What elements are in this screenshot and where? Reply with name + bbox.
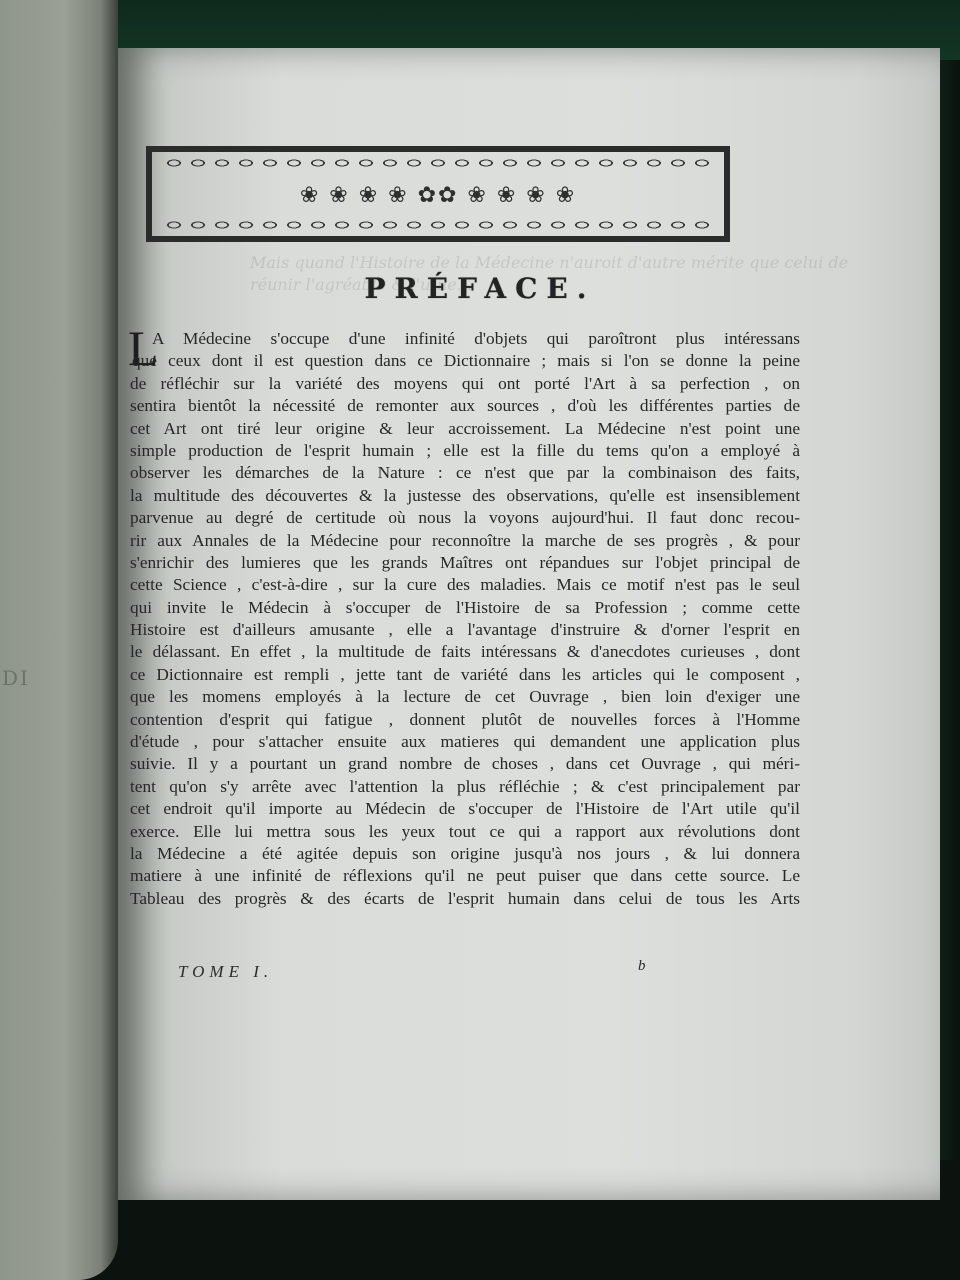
left-page-ghost-text: DI (2, 666, 42, 690)
text-line: que ceux dont il est question dans ce Di… (130, 350, 800, 372)
volume-label: TOME I. (178, 962, 273, 982)
signature-mark: b (638, 958, 646, 975)
text-line: rir aux Annales de la Médecine pour reco… (130, 530, 800, 552)
text-line: de réfléchir sur la variété des moyens q… (130, 373, 800, 395)
text-line: matiere à une infinité de réflexions qu'… (130, 865, 800, 887)
text-line: parvenue au degré de certitude où nous l… (130, 507, 800, 529)
text-line: cet Art ont tiré leur origine & leur acc… (130, 418, 800, 440)
text-line: la Médecine a été agitée depuis son orig… (130, 843, 800, 865)
text-line: que les momens employés à la lecture de … (130, 686, 800, 708)
text-line: exerce. Elle lui mettra sous les yeux to… (130, 821, 800, 843)
text-line: contention d'esprit qui fatigue , donnen… (130, 709, 800, 731)
text-line: simple production de l'esprit humain ; e… (130, 440, 800, 462)
text-line: tent qu'on s'y arrête avec l'attention l… (130, 776, 800, 798)
text-line: qui invite le Médecin à s'occuper de l'H… (130, 597, 800, 619)
text-line: la multitude des découvertes & la justes… (130, 485, 800, 507)
text-line: observer les démarches de la Nature : ce… (130, 462, 800, 484)
text-line: d'étude , pour s'attacher ensuite aux ma… (130, 731, 800, 753)
body-text: A Médecine s'occupe d'une infinité d'obj… (130, 328, 800, 910)
ornament-chain-bottom (162, 218, 714, 232)
text-line: le délassant. En effet , la multitude de… (130, 641, 800, 663)
text-line: cette Science , c'est-à-dire , sur la cu… (130, 574, 800, 596)
text-line: Tableau des progrès & des écarts de l'es… (130, 888, 800, 910)
ornament-chain-top (162, 156, 714, 170)
text-line: s'enrichir des lumieres que les grands M… (130, 552, 800, 574)
left-page: DI (0, 0, 118, 1280)
floral-headpiece-ornament: ❀ ❀ ❀ ❀ ✿✿ ❀ ❀ ❀ ❀ (146, 146, 730, 242)
text-line: A Médecine s'occupe d'une infinité d'obj… (130, 328, 800, 350)
page-title: PRÉFACE. (0, 272, 960, 305)
text-line: Histoire est d'ailleurs amusante , elle … (130, 619, 800, 641)
text-line: suivie. Il y a pourtant un grand nombre … (130, 753, 800, 775)
text-line: ce Dictionnaire est rempli , jette tant … (130, 664, 800, 686)
text-line: cet endroit qu'il importe au Médecin de … (130, 798, 800, 820)
rose-garland-icon: ❀ ❀ ❀ ❀ ✿✿ ❀ ❀ ❀ ❀ (162, 180, 714, 210)
text-line: sentira bientôt la nécessité de remonter… (130, 395, 800, 417)
